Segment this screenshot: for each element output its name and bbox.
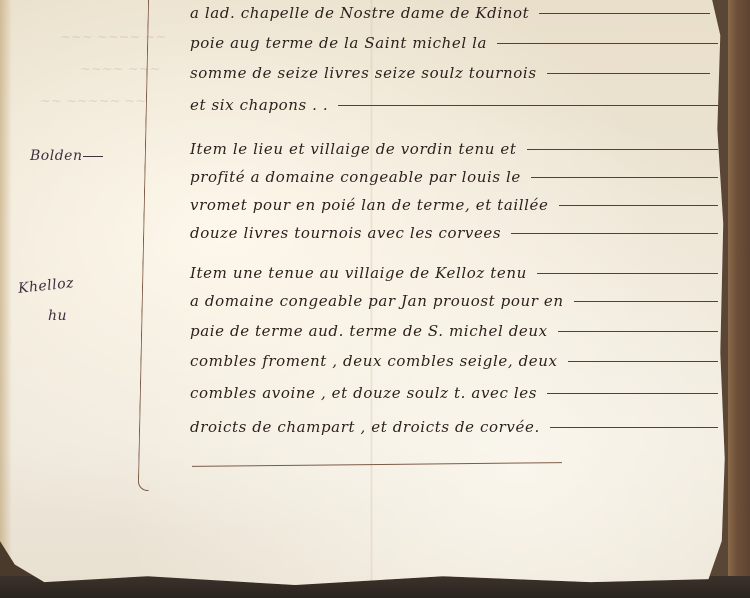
line-filler-rule <box>539 13 710 14</box>
line-filler-rule <box>497 43 718 44</box>
line-filler-rule <box>531 177 718 178</box>
line-filler-rule <box>550 427 718 428</box>
line-filler-rule <box>338 105 718 106</box>
manuscript-line: a domaine congeable par Jan prouost pour… <box>190 292 718 310</box>
manuscript-line: Item le lieu et villaige de vordin tenu … <box>190 140 718 158</box>
manuscript-page: ~~~ ~~~~ ~~ ~~~~ ~~~ ~~ ~~~~~ ~~ Bolden … <box>0 0 738 588</box>
manuscript-line: douze livres tournois avec les corvees <box>190 224 718 242</box>
manuscript-line: et six chapons . . <box>190 96 718 114</box>
document-photo: ~~~ ~~~~ ~~ ~~~~ ~~~ ~~ ~~~~~ ~~ Bolden … <box>0 0 750 598</box>
book-binding-edge <box>728 0 750 598</box>
manuscript-line: droicts de champart , et droicts de corv… <box>190 418 718 436</box>
line-filler-rule <box>558 331 718 332</box>
bleed-through-text: ~~ ~~~~~ ~~ <box>40 94 146 109</box>
manuscript-line: combles avoine , et douze soulz t. avec … <box>190 384 718 402</box>
line-filler-rule <box>527 149 718 150</box>
manuscript-line: Item une tenue au villaige de Kelloz ten… <box>190 264 718 282</box>
manuscript-line: poie aug terme de la Saint michel la <box>190 34 718 52</box>
manuscript-line: paie de terme aud. terme de S. michel de… <box>190 322 718 340</box>
margin-note-bolden: Bolden <box>30 148 103 164</box>
line-filler-rule <box>574 301 718 302</box>
line-filler-rule <box>547 393 718 394</box>
line-filler-rule <box>568 361 718 362</box>
manuscript-line: vromet pour en poié lan de terme, et tai… <box>190 196 718 214</box>
manuscript-line: profité a domaine congeable par louis le <box>190 168 718 186</box>
line-filler-rule <box>537 273 718 274</box>
margin-note-khelloz-2: hu <box>48 308 67 324</box>
line-filler-rule <box>547 73 710 74</box>
manuscript-line: a lad. chapelle de Nostre dame de Kdinot <box>190 4 710 22</box>
manuscript-line: somme de seize livres seize soulz tourno… <box>190 64 710 82</box>
manuscript-line: combles froment , deux combles seigle, d… <box>190 352 718 370</box>
closing-rule <box>192 462 562 467</box>
line-filler-rule <box>559 205 718 206</box>
line-filler-rule <box>511 233 718 234</box>
margin-note-khelloz: Khelloz <box>17 275 74 297</box>
